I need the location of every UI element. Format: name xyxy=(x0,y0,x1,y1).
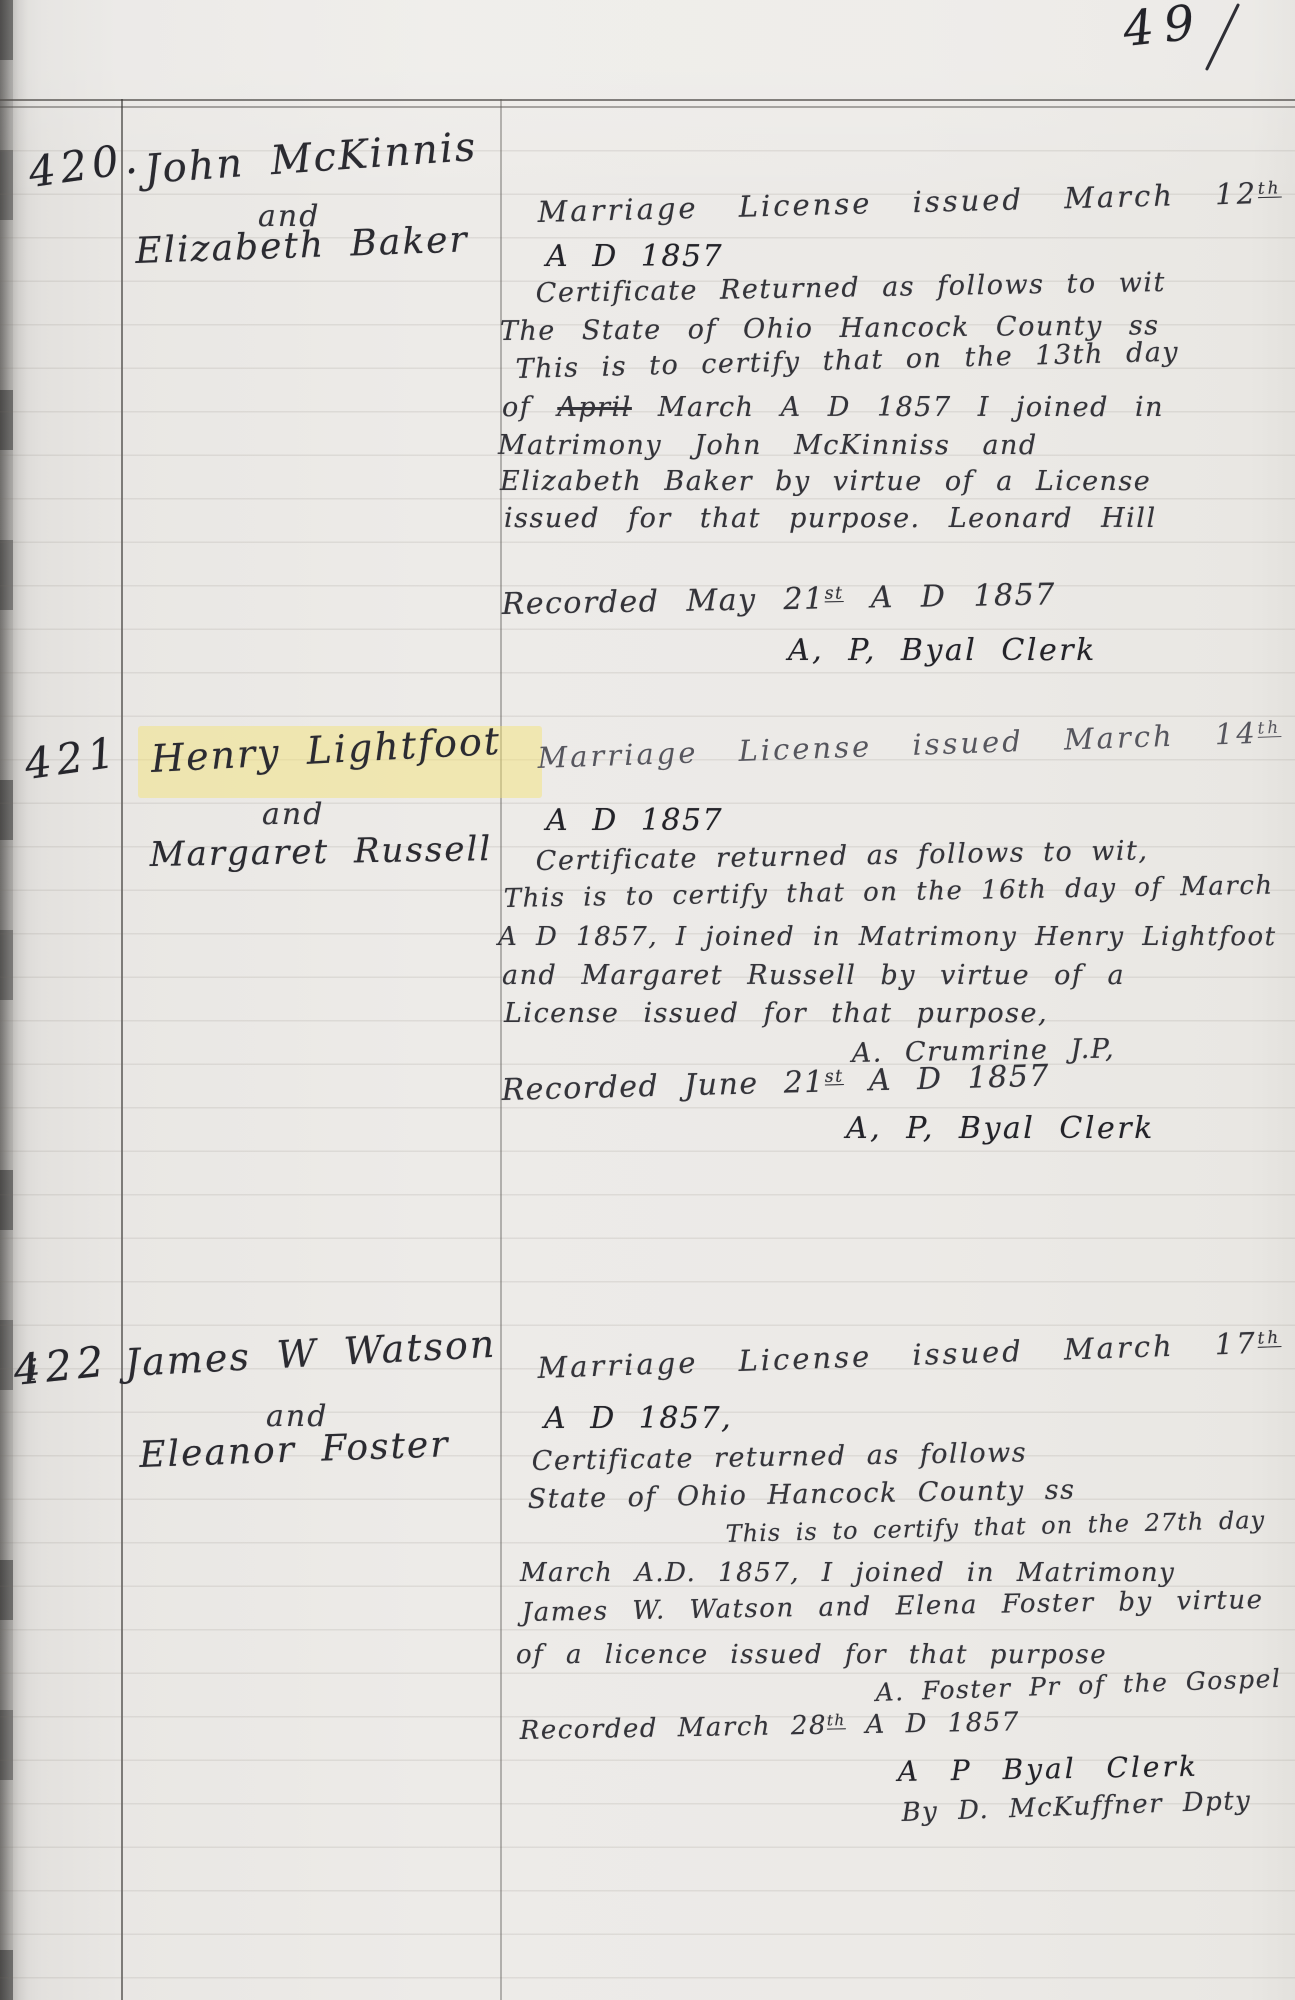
entry-422-line-state: State of Ohio Hancock County ss xyxy=(528,1476,1076,1513)
header-double-rule xyxy=(0,99,1295,108)
entry-421-line-certify: This is to certify that on the 16th day … xyxy=(504,873,1274,912)
text-segment: Recorded March 28 xyxy=(520,1711,828,1746)
entry-422-line-recorded: Recorded March 28th A D 1857 xyxy=(520,1709,1021,1744)
entry-420-bride-name: Elizabeth Baker xyxy=(135,222,469,270)
entry-421-line-recorded: Recorded June 21st A D 1857 xyxy=(501,1062,1050,1106)
ledger-page: 49 420. John McKinnis and Elizabeth Bake… xyxy=(0,0,1295,2000)
entry-421-line-issued: Marriage License issued March 14th xyxy=(537,718,1282,773)
column-divider-line xyxy=(500,99,502,2000)
entry-422-conjunction: and xyxy=(266,1402,328,1432)
text-segment: of xyxy=(502,392,557,423)
text-segment: Marriage License issued March 17 xyxy=(537,1326,1258,1385)
entry-420-line-issued: Marriage License issued March 12th xyxy=(537,179,1282,227)
text-segment: Recorded June 21 xyxy=(501,1065,825,1108)
entry-422-number: 422 xyxy=(12,1340,111,1392)
entry-422-officiant-signature: A. Foster Pr of the Gospel xyxy=(875,1666,1282,1705)
text-segment-sup: th xyxy=(827,1711,846,1729)
entry-421-bride-name: Margaret Russell xyxy=(149,832,492,872)
entry-421-line-certificate: Certificate returned as follows to wit, xyxy=(536,837,1149,875)
entry-422-bride-name: Eleanor Foster xyxy=(139,1427,450,1474)
stray-slash-mark xyxy=(1205,3,1240,71)
text-segment: Recorded May 21 xyxy=(501,581,825,622)
entry-420-line-purpose: issued for that purpose. Leonard Hill xyxy=(504,505,1157,532)
entry-420-clerk-signature: A, P, Byal Clerk xyxy=(788,636,1097,666)
entry-422-line-certificate: Certificate returned as follows xyxy=(532,1439,1028,1475)
text-segment-sup: th xyxy=(1257,1327,1281,1348)
text-segment: A D 1857 xyxy=(846,1707,1021,1740)
entry-421-line-joined: A D 1857, I joined in Matrimony Henry Li… xyxy=(498,924,1277,950)
entry-422-line-purpose: of a licence issued for that purpose xyxy=(516,1642,1107,1668)
entry-421-line-year: A D 1857 xyxy=(546,806,723,836)
text-segment: Marriage License issued March 12 xyxy=(537,176,1258,229)
page-number: 49 xyxy=(1121,0,1207,54)
text-segment-sup: th xyxy=(1258,177,1282,198)
entry-421-number: 421 xyxy=(22,731,122,786)
text-segment: March A D 1857 I joined in xyxy=(632,392,1164,423)
text-segment: A D 1857 xyxy=(843,577,1056,616)
text-segment-sup: st xyxy=(824,1066,843,1086)
text-segment: Marriage License issued March 14 xyxy=(537,716,1258,775)
entry-420-number: 420. xyxy=(26,137,144,194)
entry-422-deputy-signature: By D. McKuffner Dpty xyxy=(901,1788,1252,1826)
entry-420-line-joined: of April March A D 1857 I joined in xyxy=(502,394,1164,421)
text-segment-strike: April xyxy=(557,392,631,423)
entry-420-line-matrimony: Matrimony John McKinniss and xyxy=(498,432,1038,459)
text-segment-sup: st xyxy=(824,583,843,603)
entry-422-line-certify: This is to certify that on the 27th day xyxy=(725,1508,1265,1546)
entry-421-clerk-signature: A, P, Byal Clerk xyxy=(846,1114,1155,1144)
entry-421-line-virtue: and Margaret Russell by virtue of a xyxy=(502,962,1125,989)
entry-421-conjunction: and xyxy=(262,800,324,830)
entry-420-line-recorded: Recorded May 21st A D 1857 xyxy=(501,580,1056,620)
entry-420-groom-name: John McKinnis xyxy=(143,127,478,190)
text-segment: A D 1857 xyxy=(843,1059,1050,1099)
entry-422-line-couple: James W. Watson and Elena Foster by virt… xyxy=(522,1587,1264,1626)
entry-422-line-year: A D 1857, xyxy=(544,1404,732,1434)
entry-422-groom-name: James W Watson xyxy=(124,1325,497,1382)
entry-420-line-certificate: Certificate Returned as follows to wit xyxy=(536,269,1167,307)
entry-422-line-issued: Marriage License issued March 17th xyxy=(537,1328,1282,1383)
entry-422-clerk-signature: A P Byal Clerk xyxy=(898,1753,1200,1786)
scan-edge-streaks xyxy=(0,0,13,2000)
entry-420-line-year: A D 1857 xyxy=(546,242,723,272)
entry-422-line-joined: March A.D. 1857, I joined in Matrimony xyxy=(520,1560,1175,1586)
entry-421-line-purpose: License issued for that purpose, xyxy=(504,1000,1048,1027)
entry-420-line-virtue: Elizabeth Baker by virtue of a License xyxy=(500,468,1151,495)
text-segment-sup: th xyxy=(1257,717,1281,738)
number-column-line xyxy=(121,99,123,2000)
